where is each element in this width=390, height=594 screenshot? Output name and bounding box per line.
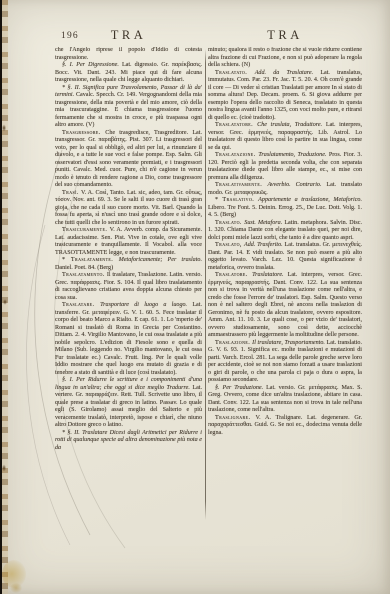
- page-left-edge: [0, 0, 8, 594]
- entry-italic-lead: Traslatamento, Traduzione.: [258, 152, 329, 158]
- dictionary-paragraph: Traslato, Add. Trasferito. Lat. translat…: [208, 242, 362, 272]
- entry-italic-lead: Add. da Traslatare.: [255, 70, 321, 76]
- entry-headword: Traslatare.: [62, 302, 100, 308]
- entry-italic-lead: §. Per Traduzione.: [215, 385, 266, 391]
- text-column-left: che l'Angelo riprese il popolo d'Iddio d…: [55, 47, 202, 533]
- dictionary-paragraph: Trasicuramente. V. A. Avverb. comp. da S…: [55, 227, 202, 257]
- entry-italic-lead: Avverbio. Contrario.: [267, 182, 326, 188]
- entry-headword: Traslignare.: [215, 415, 256, 421]
- dictionary-paragraph: * §. II. Significa pure Trasvolamento, P…: [55, 85, 202, 130]
- dictionary-paragraph: §. I. Per Ridurre le scritture e i compo…: [55, 377, 202, 430]
- entry-headword: Traslatato.: [215, 70, 255, 76]
- entry-italic-lead: Trasportare di luogo a luogo.: [100, 302, 192, 308]
- entry-headword: * Traslatamente.: [62, 257, 119, 263]
- dictionary-paragraph: * Traslativo. Appartenente a traslazione…: [208, 197, 362, 220]
- entry-headword: Traslativamente.: [215, 182, 267, 188]
- entry-headword: Traslatamento.: [62, 272, 107, 278]
- entry-italic-lead: Traslatatore.: [252, 272, 287, 278]
- entry-headword: Traslatore.: [215, 272, 252, 278]
- dictionary-paragraph: §. I. Per Digressione. Lat. digressio. G…: [55, 62, 202, 85]
- dictionary-paragraph: che l'Angelo riprese il popolo d'Iddio d…: [55, 47, 202, 62]
- entry-italic-lead: §. I. Per Ridurre le scritture e i compo…: [55, 377, 202, 391]
- dictionary-paragraph: Traslatare. Trasportare di luogo a luogo…: [55, 302, 202, 377]
- entry-headword: Traslato,: [215, 242, 244, 248]
- stain-spot-small: [10, 583, 22, 593]
- running-head-right: TRA: [208, 28, 362, 43]
- dictionary-paragraph: Traslatatore. Che traslata, Traduttore. …: [208, 122, 362, 152]
- entry-italic-lead: §. I. Per Digressione.: [62, 62, 122, 68]
- entry-headword: Traslato.: [215, 220, 244, 226]
- page-header: 196 TRA TRA: [55, 28, 362, 46]
- dictionary-paragraph: * §. II. Traslatare Dicesi dagli Aritmet…: [55, 430, 202, 453]
- entry-headword: Traslazione.: [215, 340, 252, 346]
- dictionary-paragraph: Trasgressore. Che trasgredisce, Trasgred…: [55, 130, 202, 190]
- entry-headword: Traslatazione.: [215, 152, 258, 158]
- dictionary-paragraph: Traslatamento. Il traslatare, Traslazion…: [55, 272, 202, 302]
- dictionary-paragraph: * Traslatamente. Metaforicamente; Per tr…: [55, 257, 202, 272]
- entry-headword: Trasì.: [62, 190, 81, 196]
- dictionary-paragraph: Traslativamente. Avverbio. Contrario. La…: [208, 182, 362, 197]
- running-head-left: TRA: [55, 28, 202, 43]
- dictionary-paragraph: Traslatato. Add. da Traslatare. Lat. tra…: [208, 70, 362, 123]
- text-column-right: minuto; qualora il resto o frazione che …: [208, 47, 362, 533]
- dictionary-paragraph: Traslatore. Traslatatore. Lat. interpres…: [208, 272, 362, 340]
- entry-italic-lead: Appartenente a traslazione, Metaforico.: [258, 197, 362, 203]
- entry-italic-lead: * §. II. Significa pure Trasvolamento, P…: [55, 85, 202, 99]
- entry-headword: Traslatatore.: [215, 122, 257, 128]
- text-block: che l'Angelo riprese il popolo d'Iddio d…: [55, 47, 362, 533]
- book-page: 196 TRA TRA che l'Angelo riprese il popo…: [0, 0, 390, 594]
- entry-italic-lead: Il traslatare, Trasportamento.: [252, 340, 326, 346]
- entry-italic-lead: Add. Trasferito.: [244, 242, 285, 248]
- dictionary-paragraph: Traslazione. Il traslatare, Trasportamen…: [208, 340, 362, 385]
- entry-headword: Trasicuramente.: [62, 227, 110, 233]
- dictionary-paragraph: Traslatazione. Traslatamento, Traduzione…: [208, 152, 362, 182]
- entry-italic-lead: Metaforicamente; Per traslato.: [119, 257, 202, 263]
- entry-italic-lead: Che traslata, Traduttore.: [257, 122, 326, 128]
- entry-italic-lead: * §. II. Traslatare Dicesi dagli Aritmet…: [55, 430, 202, 451]
- entry-headword: Trasgressore.: [62, 130, 105, 136]
- entry-italic-lead: Sust. Metafora.: [244, 220, 284, 226]
- dictionary-paragraph: Trasì. V. A. Così, Tanto. Lat. sic, adeo…: [55, 190, 202, 228]
- dictionary-paragraph: minuto; qualora il resto o frazione che …: [208, 47, 362, 70]
- column-divider-rule: [205, 49, 206, 520]
- entry-headword: * Traslativo.: [215, 197, 258, 203]
- dictionary-paragraph: §. Per Traduzione. Lat. versio. Gr. μετά…: [208, 385, 362, 415]
- dictionary-paragraph: Traslato. Sust. Metafora. Latin. metapho…: [208, 220, 362, 243]
- dictionary-paragraph: Traslignare. V. A. Tralignare. Lat. dege…: [208, 415, 362, 438]
